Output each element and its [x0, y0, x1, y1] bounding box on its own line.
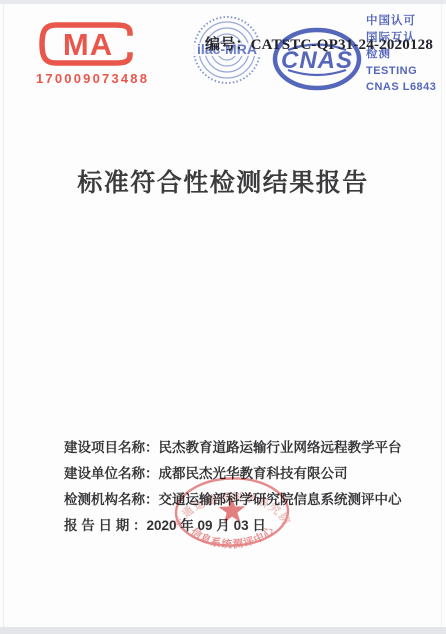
- scan-edge-left: [3, 4, 4, 627]
- svg-text:信息系统测评中心: 信息系统测评中心: [188, 523, 277, 552]
- cma-logo-icon: MA: [38, 20, 136, 68]
- cnas-line-testing-en: TESTING: [366, 63, 444, 80]
- scan-edge-right: [441, 4, 442, 627]
- field-project-name: 建设项目名称：民杰教育道路运输行业网络远程教学平台: [64, 435, 424, 461]
- scan-edge-top: [0, 0, 446, 4]
- cnas-line-lab-number: CNAS L6843: [366, 79, 444, 96]
- report-title: 标准符合性检测结果报告: [0, 163, 446, 199]
- seal-bottom-arc-text: 信息系统测评中心: [188, 523, 277, 552]
- official-seal-stamp: 交通运输部科学研究院 信息系统测评中心: [169, 470, 295, 553]
- field-label: 建设项目名称：: [64, 440, 159, 455]
- cma-letters: MA: [63, 27, 113, 62]
- field-label: 报 告 日 期 ：: [64, 518, 147, 533]
- cma-certificate-number: 170009073488: [36, 71, 146, 86]
- field-value: 民杰教育道路运输行业网络远程教学平台: [159, 440, 402, 455]
- report-cover-page: MA 170009073488 ilac-MRA CNAS 中国认可 国际互认 …: [0, 0, 446, 634]
- cnas-accreditation-text: 中国认可 国际互认 检测 TESTING CNAS L6843: [366, 13, 444, 96]
- report-number: 编号：CATSTC-QP31-24-2020128: [205, 33, 445, 54]
- scan-edge-bottom: [0, 627, 446, 634]
- cnas-line-china-accredited: 中国认可: [366, 13, 444, 30]
- field-label: 检测机构名称：: [64, 492, 159, 507]
- field-label: 建设单位名称：: [64, 466, 159, 481]
